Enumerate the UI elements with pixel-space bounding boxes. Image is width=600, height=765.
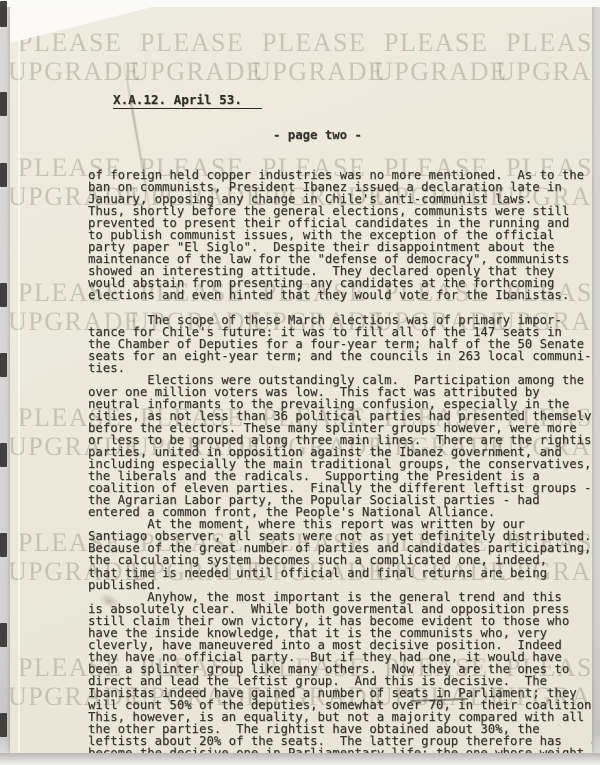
scan-edge-mark xyxy=(0,533,7,557)
pencil-margin-note: 38 xyxy=(590,734,592,747)
watermark-word: UPGRADE xyxy=(130,57,263,87)
scan-edge-mark xyxy=(0,1,7,27)
paragraph: of foreign held copper industries was no… xyxy=(88,169,592,302)
scan-edge-mark xyxy=(0,92,7,116)
text-line: Elections were outstandingly calm. Parti… xyxy=(88,374,592,386)
text-line: still claim their own victory, it has be… xyxy=(88,615,592,627)
page-number-label: - page two - xyxy=(273,128,362,142)
paper-edge-highlight xyxy=(18,0,20,753)
text-line: elections and even hinted that they woul… xyxy=(88,289,592,301)
watermark-word: PLEASE xyxy=(506,28,592,58)
paragraph: Anyhow, the most important is the genera… xyxy=(88,591,592,753)
paragraph: Elections were outstandingly calm. Parti… xyxy=(88,374,592,519)
scanned-document-view: PLEASEUPGRADEPLEASEUPGRADEPLEASEUPGRADEP… xyxy=(0,0,600,765)
watermark-word: UPGRADE xyxy=(10,57,141,87)
text-line: Anyhow, the most important is the genera… xyxy=(88,591,592,603)
scan-edge-mark xyxy=(0,713,7,737)
paragraph: The scope of these March elections was o… xyxy=(88,314,592,374)
text-line: seats for an eight-year term; and the co… xyxy=(88,350,592,362)
text-line: published. xyxy=(88,579,592,591)
text-line: the calculating system becomes such a co… xyxy=(88,554,592,566)
text-line: is absolutely clear. While both govermen… xyxy=(88,603,592,615)
scan-edge-mark xyxy=(0,353,7,377)
scanner-bottom-strip xyxy=(0,753,600,765)
paragraph: At the moment, where this report was wri… xyxy=(88,518,592,590)
text-line: ties. xyxy=(88,362,592,374)
watermark-word: UPGRADE xyxy=(374,57,507,87)
watermark-word: PLEASE xyxy=(384,28,488,58)
watermark-word: PLEASE xyxy=(262,28,366,58)
text-line: tance for Chile's future: it was to fill… xyxy=(88,326,592,338)
text-line: the Chamber of Deputies for a four-year … xyxy=(88,338,592,350)
text-line: that time is needed until official and f… xyxy=(88,567,592,579)
scan-edge-mark xyxy=(0,623,7,647)
text-line: The scope of these March elections was o… xyxy=(88,314,592,326)
scan-edge-mark xyxy=(0,163,7,187)
watermark-word: UPGRADE xyxy=(252,57,385,87)
scan-edge-mark xyxy=(0,283,7,307)
document-page: PLEASEUPGRADEPLEASEUPGRADEPLEASEUPGRADEP… xyxy=(10,0,592,753)
typewritten-text-body: of foreign held copper industries was no… xyxy=(88,169,592,753)
document-reference-header: X.A.12. April 53. xyxy=(113,92,262,109)
watermark-word: UPGRADE xyxy=(496,57,592,87)
scan-edge-mark xyxy=(0,443,7,467)
folded-corner xyxy=(10,5,160,43)
text-line: have the inside knowledge, that it is th… xyxy=(88,627,592,639)
